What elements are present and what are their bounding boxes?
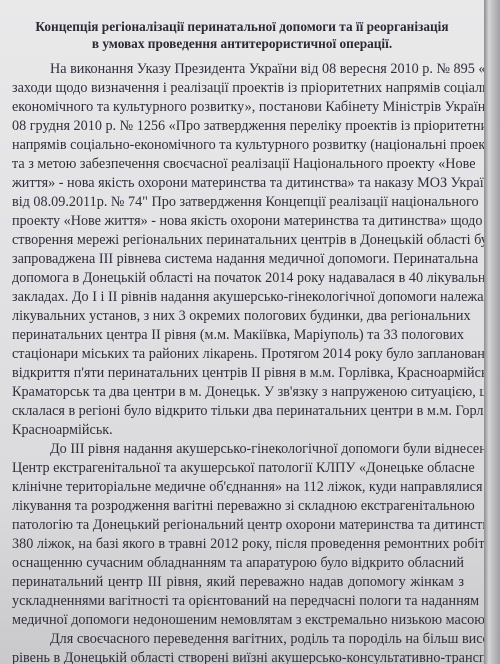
text-line: ускладненнями вагітності та орієнтований…: [12, 592, 464, 611]
text-line: економічного та культурного розвитку», п…: [12, 98, 464, 117]
text-line: Краматорськ та два центри в м. Донецьк. …: [12, 383, 464, 402]
text-line: лікувальних установ, з них 3 окремих пол…: [12, 307, 464, 326]
document-page: Концепція регіоналізації перинатальної д…: [0, 0, 484, 664]
text-line: склалася в регіоні було відкрито тільки …: [12, 402, 464, 421]
text-line: рівень в Донецькій області створені виїз…: [12, 649, 464, 664]
text-line: проекту «Нове життя» - нова якість охоро…: [12, 212, 464, 231]
text-line: запроваджена III рівнева система надання…: [12, 250, 464, 269]
text-line: закладах. До I і II рівнів надання акуше…: [12, 288, 464, 307]
document-title-line-2: в умовах проведення антитерористичної оп…: [0, 35, 484, 52]
text-line: створення мережі регіональних перинаталь…: [12, 231, 464, 250]
text-line: Для своєчасного переведення вагітних, ро…: [12, 630, 464, 649]
text-line: напрямів соціально-економічного та культ…: [12, 136, 464, 155]
text-line: допомога в Донецькій області на початок …: [12, 269, 464, 288]
text-line: Красноармійськ.: [12, 421, 464, 440]
text-line: від 08.09.2011р. № 74" Про затвердження …: [12, 193, 464, 212]
text-line: патологію та Донецький регіональний цент…: [12, 516, 464, 535]
text-line: медичної допомоги недоношеним немовлятам…: [12, 611, 464, 630]
page-edge-shadow: [484, 0, 500, 664]
text-line: та з метою забезпечення своєчасної реалі…: [12, 155, 464, 174]
text-line: клінічне територіальне медичне об'єднанн…: [12, 478, 464, 497]
text-line: життя» - нова якість охорони материнства…: [12, 174, 464, 193]
text-line: стаціонари міських та районих лікарень. …: [12, 345, 464, 364]
text-line: Центр екстрагенітальної та акушерської п…: [12, 459, 464, 478]
document-title-line-1: Концепція регіоналізації перинатальної д…: [0, 18, 484, 35]
text-line: відкриття п'яти перинатальних центрів II…: [12, 364, 464, 383]
text-line: 08 грудня 2010 р. № 1256 «Про затверджен…: [12, 117, 464, 136]
text-line: На виконання Указу Президента України ві…: [12, 60, 464, 79]
text-line: заходи щодо визначення і реалізації прое…: [12, 79, 464, 98]
text-line: оснащенню сучасним обладнанням та апарат…: [12, 554, 464, 573]
text-line: перинатальних центра II рівня (м.м. Макі…: [12, 326, 464, 345]
text-line: 380 ліжок, на базі якого в травні 2012 р…: [12, 535, 464, 554]
text-line: До III рівня надання акушерсько-гінеколо…: [12, 440, 464, 459]
text-line: лікування та розродження вагітні переваж…: [12, 497, 464, 516]
text-line: перинатальний центр III рівня, який пере…: [12, 573, 464, 592]
